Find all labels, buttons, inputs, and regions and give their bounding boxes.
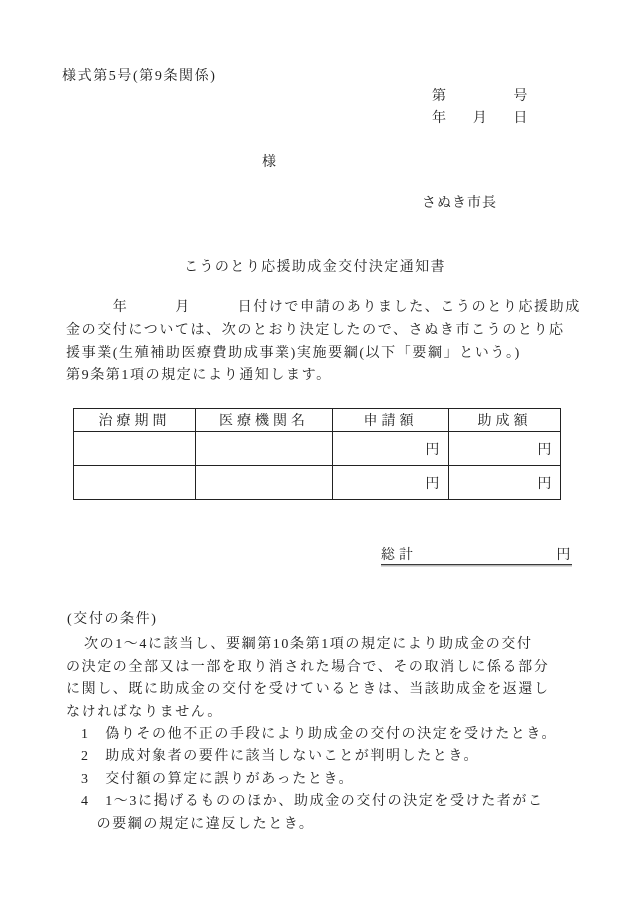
sender-name: さぬき市長	[422, 192, 497, 212]
condition-item-line: 2 助成対象者の要件に該当しないことが判明したとき。	[81, 746, 557, 768]
header-applied-amount: 申請額	[333, 409, 449, 432]
form-number-label: 様式第5号(第9条関係)	[62, 65, 217, 85]
cell-applied-amount-1: 円	[333, 432, 449, 466]
document-number-line: 第 号	[432, 85, 529, 105]
condition-item-line: の要綱の規定に違反したとき。	[81, 814, 557, 836]
body-paragraph: 年 月 日付けで申請のありました、こうのとり応援助成 金の交付については、次のと…	[66, 297, 581, 388]
cell-medical-institution-1	[196, 432, 333, 466]
table-header-row: 治療期間 医療機関名 申請額 助成額	[74, 409, 561, 432]
body-line: 年 月 日付けで申請のありました、こうのとり応援助成	[66, 297, 581, 320]
body-line: 援事業(生殖補助医療費助成事業)実施要綱(以下「要綱」という。)	[66, 343, 581, 366]
cell-medical-institution-2	[196, 466, 333, 500]
document-title: こうのとり応援助成金交付決定通知書	[0, 256, 630, 276]
cell-treatment-period-2	[74, 466, 196, 500]
table-row: 円 円	[74, 432, 561, 466]
body-line: 金の交付については、次のとおり決定したので、さぬき市こうのとり応	[66, 320, 581, 343]
header-medical-institution: 医療機関名	[196, 409, 333, 432]
doc-number-suffix: 号	[513, 85, 529, 105]
cell-treatment-period-1	[74, 432, 196, 466]
cell-applied-amount-2: 円	[333, 466, 449, 500]
cell-grant-amount-2: 円	[449, 466, 561, 500]
header-treatment-period: 治療期間	[74, 409, 196, 432]
date-year-label: 年	[432, 107, 448, 127]
addressee-honorific: 様	[262, 151, 278, 171]
total-unit: 円	[556, 544, 572, 564]
amounts-table: 治療期間 医療機関名 申請額 助成額 円 円 円 円	[73, 408, 561, 500]
conditions-intro-line: 次の1〜4に該当し、要綱第10条第1項の規定により助成金の交付	[84, 634, 557, 656]
date-line: 年 月 日	[432, 107, 529, 127]
body-line: 第9条第1項の規定により通知します。	[66, 365, 581, 388]
doc-number-prefix: 第	[432, 85, 448, 105]
total-label: 総計	[381, 544, 417, 564]
date-month-label: 月	[473, 107, 489, 127]
total-line: 総計 円	[381, 545, 572, 565]
condition-item-line: 4 1〜3に掲げるもののほか、助成金の交付の決定を受けた者がこ	[81, 791, 557, 813]
conditions-intro-line: の決定の全部又は一部を取り消された場合で、その取消しに係る部分	[66, 657, 557, 679]
condition-item-line: 3 交付額の算定に誤りがあったとき。	[81, 769, 557, 791]
conditions-section: (交付の条件) 次の1〜4に該当し、要綱第10条第1項の規定により助成金の交付 …	[66, 609, 557, 836]
conditions-heading: (交付の条件)	[67, 609, 557, 631]
header-grant-amount: 助成額	[449, 409, 561, 432]
document-page: 様式第5号(第9条関係) 第 号 年 月 日 様 さぬき市長 こうのとり応援助成…	[0, 0, 630, 903]
date-day-label: 日	[513, 107, 529, 127]
condition-item-line: 1 偽りその他不正の手段により助成金の交付の決定を受けたとき。	[81, 724, 557, 746]
conditions-intro-line: に関し、既に助成金の交付を受けているときは、当該助成金を返還し	[66, 679, 557, 701]
conditions-intro-line: なければなりません。	[66, 702, 557, 724]
cell-grant-amount-1: 円	[449, 432, 561, 466]
table-row: 円 円	[74, 466, 561, 500]
